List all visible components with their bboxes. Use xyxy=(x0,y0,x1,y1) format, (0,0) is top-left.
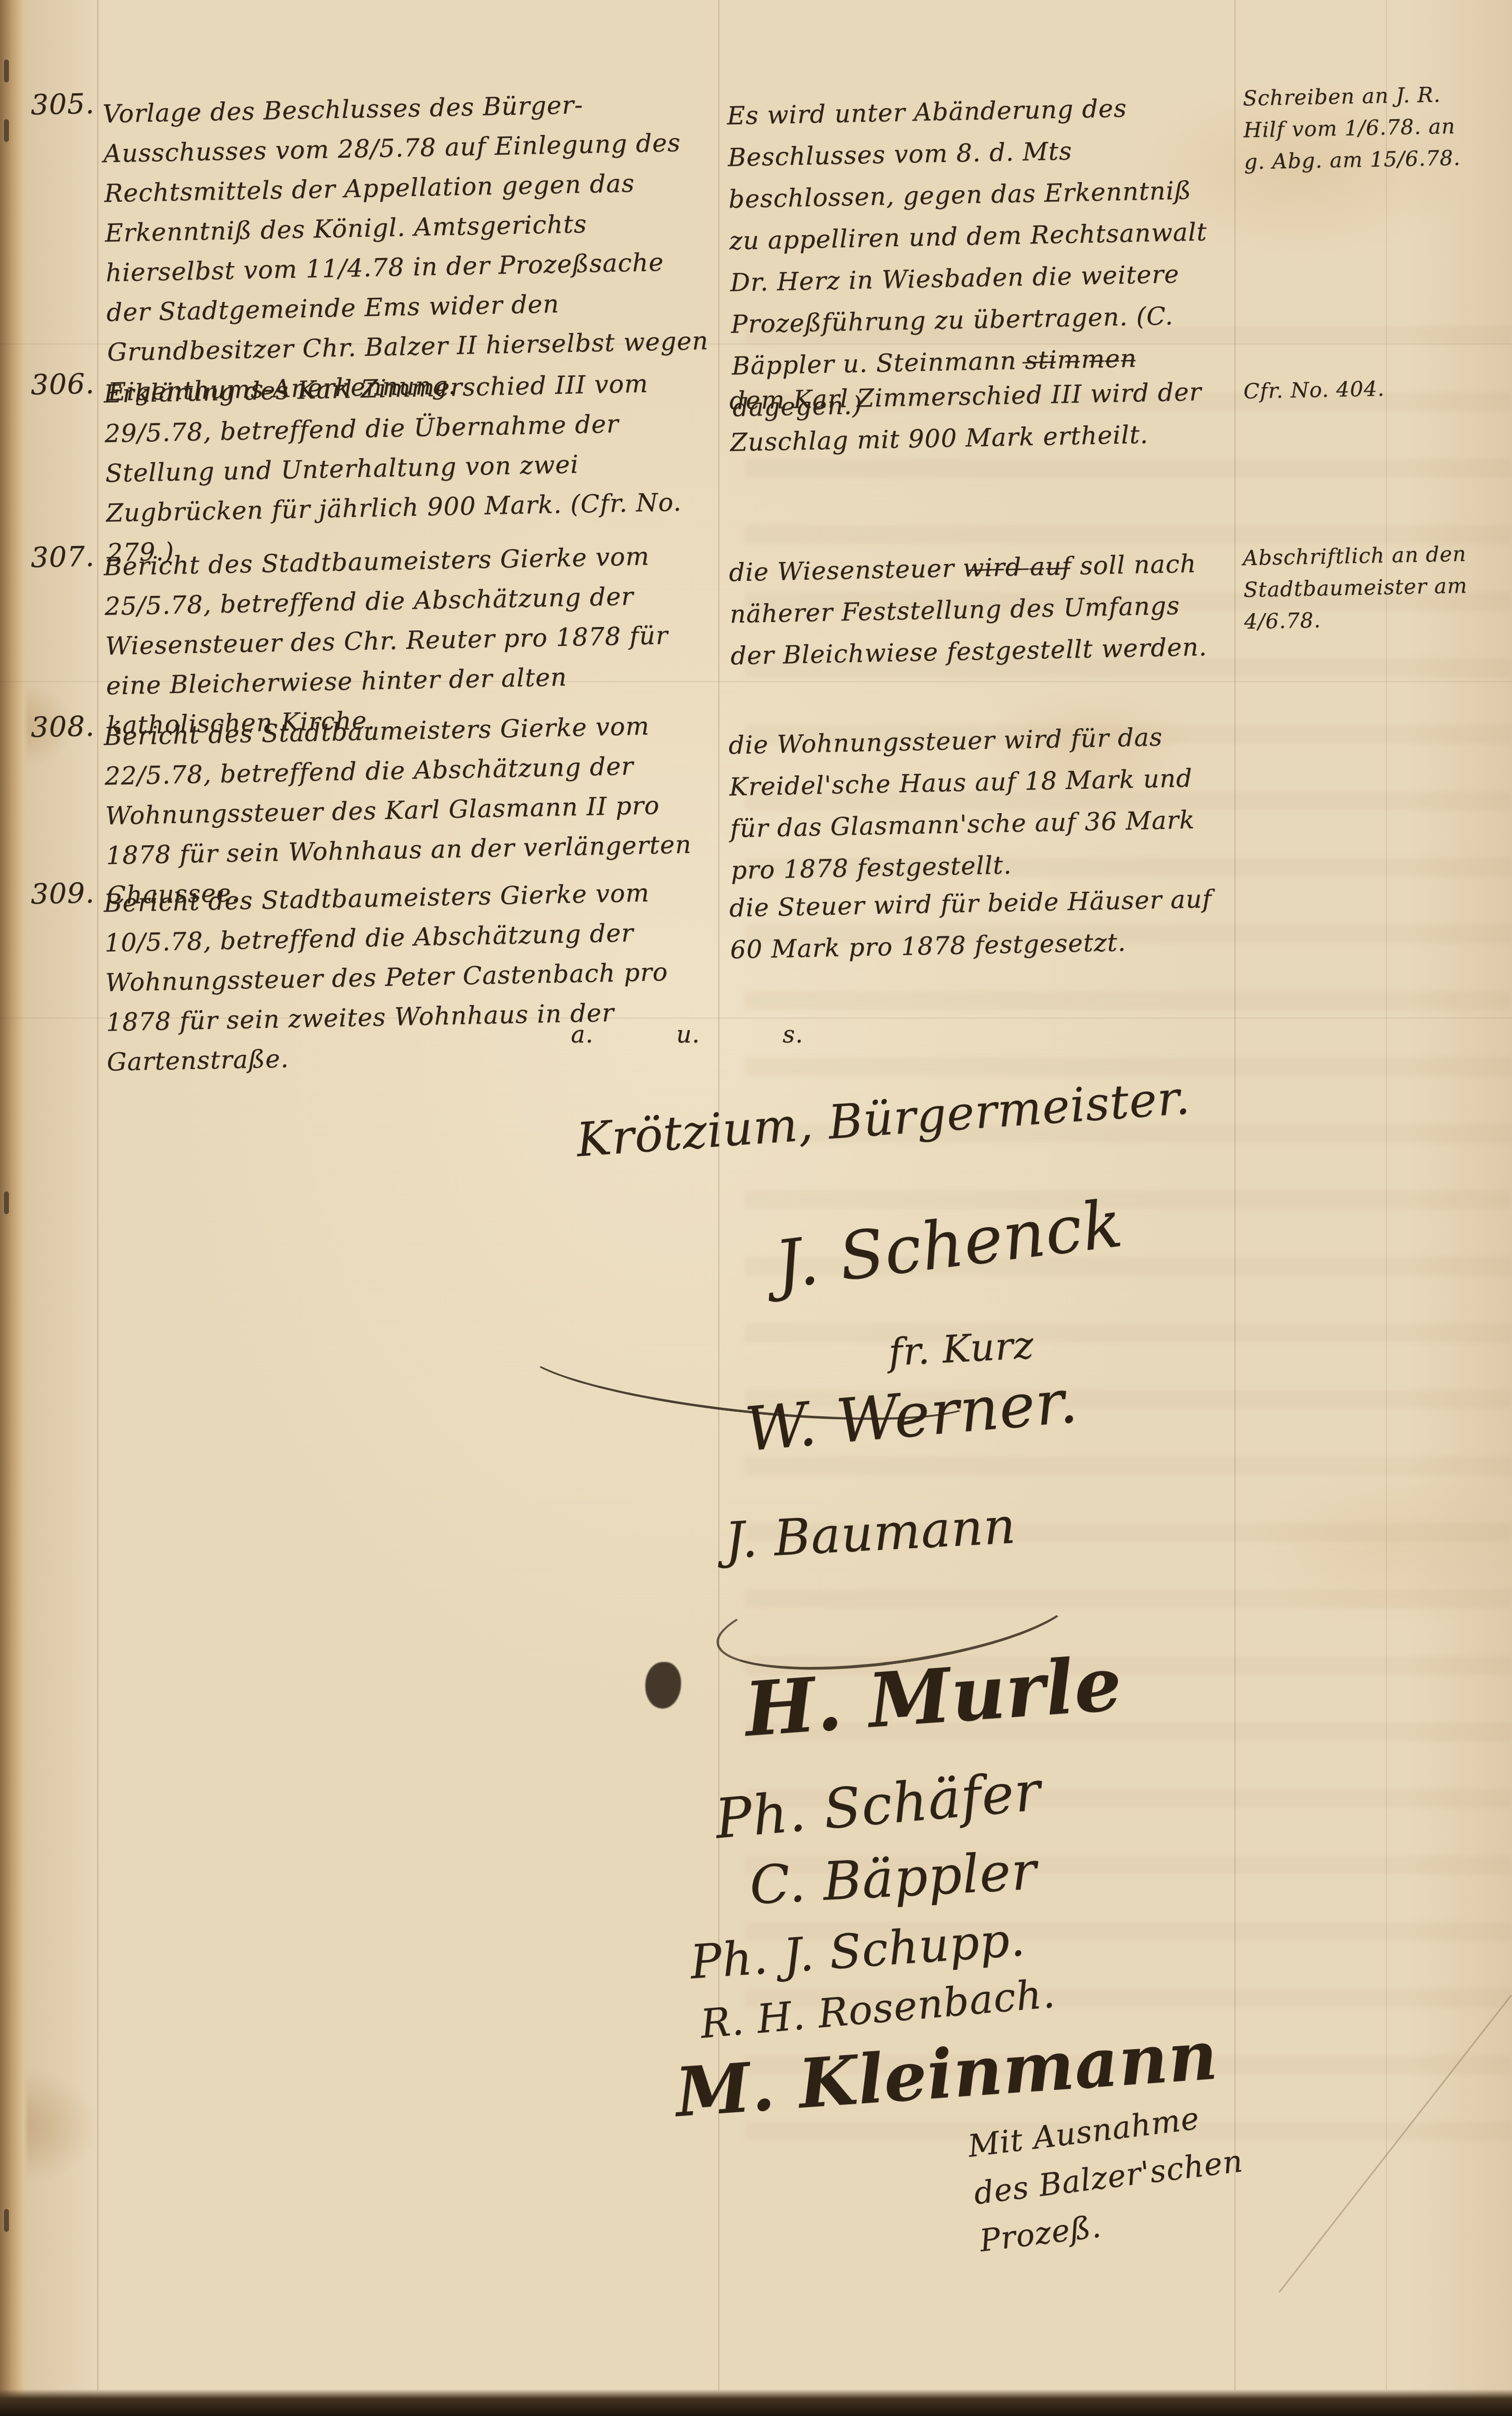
binding-stitch xyxy=(4,119,9,142)
book-bottom-edge xyxy=(0,2389,1512,2416)
binding-stitch xyxy=(4,1191,9,1214)
entry-number: 309. xyxy=(30,877,105,911)
entry-number: 307. xyxy=(30,541,105,574)
entry-number: 308. xyxy=(30,710,105,744)
entry-decision: dem Karl Zimmerschied III wird der Zusch… xyxy=(729,371,1222,464)
minutes-book-page: 305. Vorlage des Beschlusses des Bürger-… xyxy=(0,0,1512,2416)
entry-description: Bericht des Stadtbaumeisters Gierke vom … xyxy=(103,872,715,1082)
entry-number: 305. xyxy=(30,88,105,122)
margin-rule xyxy=(97,0,98,2390)
binding-stitch xyxy=(4,60,9,82)
entry-margin-note: Schreiben an J. R. Hilf vom 1/6.78. an g… xyxy=(1242,78,1480,178)
entry-number: 306. xyxy=(30,368,105,402)
entry-decision: die Wohnungssteuer wird für das Kreidel'… xyxy=(728,715,1223,892)
entry-margin-note: Cfr. No. 404. xyxy=(1243,371,1479,407)
ink-blot xyxy=(645,1662,681,1709)
entry-description: Vorlage des Beschlusses des Bürger-Aussc… xyxy=(102,82,716,412)
actum-ut-supra-mark: a. u. s. xyxy=(571,1021,803,1048)
binding-stitch xyxy=(4,2209,9,2232)
entry-decision: die Steuer wird für beide Häuser auf 60 … xyxy=(729,878,1222,971)
entry-margin-note: Abschriftlich an den Stadtbaumeister am … xyxy=(1242,538,1480,637)
entry-decision: die Wiesensteuer w̶i̶r̶d̶ ̶a̶u̶f̶ soll n… xyxy=(729,543,1223,677)
